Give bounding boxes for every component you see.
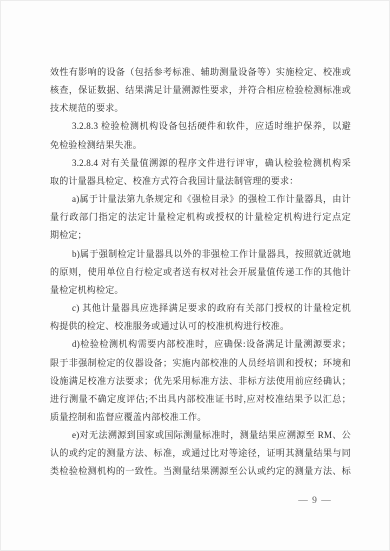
text-line: 质量控制和监督应覆盖内部校准工作。 xyxy=(50,408,351,426)
text-line: 免检验检测结果失准。 xyxy=(50,136,351,154)
text-line: 认的或约定的测量方法、标准，或通过比对等途径，证明其测量结果与同 xyxy=(50,444,351,462)
text-line: 技术规范的要求。 xyxy=(50,99,351,117)
text-line: 效性有影响的设备（包括参考标准、辅助测量设备等）实施检定、校准或 xyxy=(50,63,351,81)
text-line: 的原则，使用单位自行检定或者送有权对社会开展量值传递工作的其他计 xyxy=(50,263,351,281)
text-line-item-e: e)对无法溯源到国家或国际测量标准时，测量结果应溯源至 RM、公 xyxy=(50,426,351,444)
text-line-item-d: d)检验检测机构需要内部校准时，应确保:设备满足计量溯源要求； xyxy=(50,335,351,353)
text-line: 设施满足校准方法要求；优先采用标准方法、非标方法使用前应经确认； xyxy=(50,372,351,390)
text-line: 取的计量器具检定、校准方式符合我国计量法制管理的要求： xyxy=(50,172,351,190)
text-line: 类检验检测机构的一致性。当测量结果溯源至公认或约定的测量方法、标 xyxy=(50,462,351,480)
document-text-block: 效性有影响的设备（包括参考标准、辅助测量设备等）实施检定、校准或 核查，保证数据… xyxy=(50,63,351,481)
text-line-item-b: b)属于强制检定计量器具以外的非强检工作计量器具，按照就近就地 xyxy=(50,245,351,263)
text-line-item-a: a)属于计量法第九条规定和《强检目录》的强检工作计量器具，由计 xyxy=(50,190,351,208)
text-line-item-c: c) 其他计量器具应选择满足要求的政府有关部门授权的计量检定机 xyxy=(50,299,351,317)
document-page: 效性有影响的设备（包括参考标准、辅助测量设备等）实施检定、校准或 核查，保证数据… xyxy=(0,0,390,551)
text-line: 构提供的检定、校准服务或通过认可的校准机构进行校准。 xyxy=(50,317,351,335)
text-line: 期检定； xyxy=(50,226,351,244)
text-line: 限于非强制检定的仪器设备；实施内部校准的人员经培训和授权；环境和 xyxy=(50,354,351,372)
text-line-clause-3284: 3.2.8.4 对有关量值溯源的程序文件进行评审，确认检验检测机构采 xyxy=(50,154,351,172)
text-line: 进行测量不确定度评估;不出具内部校准证书时,应对校准结果予以汇总； xyxy=(50,390,351,408)
page-number: — 9 — xyxy=(280,494,350,508)
text-line: 量行政部门指定的法定计量检定机构或授权的计量检定机构进行定点定 xyxy=(50,208,351,226)
text-line-clause-3283: 3.2.8.3 检验检测机构设备包括硬件和软件，应适时维护保养，以避 xyxy=(50,117,351,135)
text-line: 核查，保证数据、结果满足计量溯源性要求，并符合相应检验检测标准或 xyxy=(50,81,351,99)
text-line: 量检定机构检定。 xyxy=(50,281,351,299)
